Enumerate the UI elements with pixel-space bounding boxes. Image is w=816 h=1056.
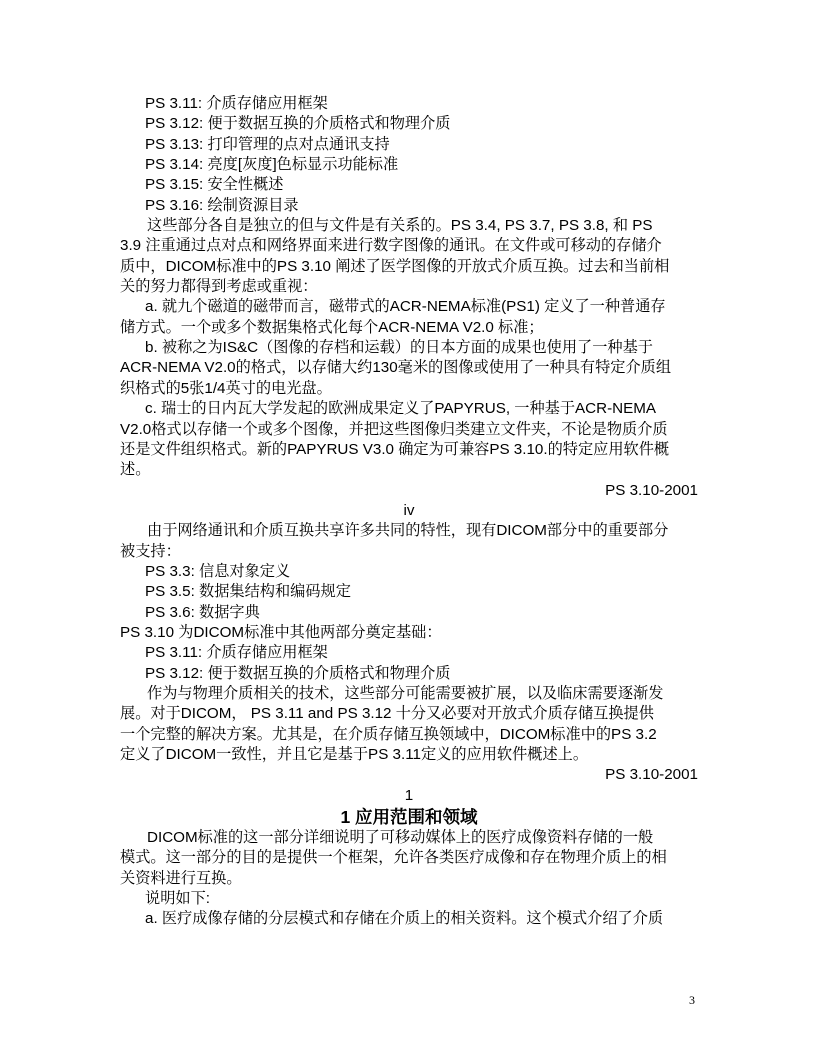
section-heading: 1 应用范围和领域 xyxy=(120,806,698,828)
page-number: 3 xyxy=(689,993,695,1008)
page-label: iv xyxy=(120,501,698,521)
text-line: 被支持： xyxy=(120,542,698,562)
document-page-body: PS 3.11: 介质存储应用框架 PS 3.12: 便于数据互换的介质格式和物… xyxy=(120,94,698,930)
paragraph-item-c: c. 瑞士的日内瓦大学发起的欧洲成果定义了PAPYRUS, 一种基于ACR-NE… xyxy=(120,399,698,480)
text-line: 一个完整的解决方案。尤其是，在介质存储互换领域中，DICOM标准中的PS 3.2 xyxy=(120,725,698,745)
paragraph-item-b: b. 被称之为IS&C（图像的存档和运载）的日本方面的成果也使用了一种基于 AC… xyxy=(120,338,698,399)
text-line: 3.9 注重通过点对点和网络界面来进行数字图像的通讯。在文件或可移动的存储介 xyxy=(120,236,698,256)
text-line: c. 瑞士的日内瓦大学发起的欧洲成果定义了PAPYRUS, 一种基于ACR-NE… xyxy=(120,399,698,419)
text-line: 述。 xyxy=(120,460,698,480)
text-line: 模式。这一部分的目的是提供一个框架，允许各类医疗成像和存在物理介质上的相 xyxy=(120,848,698,868)
text-line: 织格式的5张1/4英寸的电光盘。 xyxy=(120,379,698,399)
text-line: 储方式。一个或多个数据集格式化每个ACR-NEMA V2.0 标准； xyxy=(120,318,698,338)
running-header: PS 3.10-2001 xyxy=(120,765,698,785)
list-item: PS 3.12: 便于数据互换的介质格式和物理介质 xyxy=(120,664,698,684)
text-line: b. 被称之为IS&C（图像的存档和运载）的日本方面的成果也使用了一种基于 xyxy=(120,338,698,358)
text-line: 还是文件组织格式。新的PAPYRUS V3.0 确定为可兼容PS 3.10.的特… xyxy=(120,440,698,460)
text-line: a. 就九个磁道的磁带而言，磁带式的ACR-NEMA标准(PS1) 定义了一种普… xyxy=(120,297,698,317)
paragraph: 由于网络通讯和介质互换共享许多共同的特性，现有DICOM部分中的重要部分 被支持… xyxy=(120,521,698,562)
list-item: PS 3.3: 信息对象定义 xyxy=(120,562,698,582)
list-item: PS 3.13: 打印管理的点对点通讯支持 xyxy=(120,135,698,155)
text-line: V2.0格式以存储一个或多个图像，并把这些图像归类建立文件夹，不论是物质介质 xyxy=(120,420,698,440)
running-header: PS 3.10-2001 xyxy=(120,481,698,501)
paragraph-item-a: a. 就九个磁道的磁带而言，磁带式的ACR-NEMA标准(PS1) 定义了一种普… xyxy=(120,297,698,338)
list-item: PS 3.14: 亮度[灰度]色标显示功能标准 xyxy=(120,155,698,175)
text-line: 质中，DICOM标准中的PS 3.10 阐述了医学图像的开放式介质互换。过去和当… xyxy=(120,257,698,277)
text-line: 由于网络通讯和介质互换共享许多共同的特性，现有DICOM部分中的重要部分 xyxy=(120,521,698,541)
text-line: 定义了DICOM一致性，并且它是基于PS 3.11定义的应用软件概述上。 xyxy=(120,745,698,765)
list-item: PS 3.11: 介质存储应用框架 xyxy=(120,643,698,663)
text-line: ACR-NEMA V2.0的格式，以存储大约130毫米的图像或使用了一种具有特定… xyxy=(120,358,698,378)
text-line: DICOM标准的这一部分详细说明了可移动媒体上的医疗成像资料存储的一般 xyxy=(120,828,698,848)
list-item: PS 3.5: 数据集结构和编码规定 xyxy=(120,582,698,602)
list-item: PS 3.12: 便于数据互换的介质格式和物理介质 xyxy=(120,114,698,134)
text-line: 关资料进行互换。 xyxy=(120,869,698,889)
paragraph: 说明如下: xyxy=(120,889,698,909)
paragraph: DICOM标准的这一部分详细说明了可移动媒体上的医疗成像资料存储的一般 模式。这… xyxy=(120,828,698,889)
page-label: 1 xyxy=(120,786,698,806)
paragraph-item-a: a. 医疗成像存储的分层模式和存储在介质上的相关资料。这个模式介绍了介质 xyxy=(120,909,698,929)
paragraph: 这些部分各自是独立的但与文件是有关系的。PS 3.4, PS 3.7, PS 3… xyxy=(120,216,698,297)
list-item: PS 3.6: 数据字典 xyxy=(120,603,698,623)
list-item: PS 3.15: 安全性概述 xyxy=(120,175,698,195)
list-item: PS 3.11: 介质存储应用框架 xyxy=(120,94,698,114)
list-item: PS 3.16: 绘制资源目录 xyxy=(120,196,698,216)
paragraph: 作为与物理介质相关的技术，这些部分可能需要被扩展，以及临床需要逐渐发 展。对于D… xyxy=(120,684,698,765)
text-line: 作为与物理介质相关的技术，这些部分可能需要被扩展，以及临床需要逐渐发 xyxy=(120,684,698,704)
text-line: 关的努力都得到考虑或重视： xyxy=(120,277,698,297)
text-line: 展。对于DICOM， PS 3.11 and PS 3.12 十分又必要对开放式… xyxy=(120,704,698,724)
paragraph: PS 3.10 为DICOM标准中其他两部分奠定基础： xyxy=(120,623,698,643)
text-line: 这些部分各自是独立的但与文件是有关系的。PS 3.4, PS 3.7, PS 3… xyxy=(120,216,698,236)
